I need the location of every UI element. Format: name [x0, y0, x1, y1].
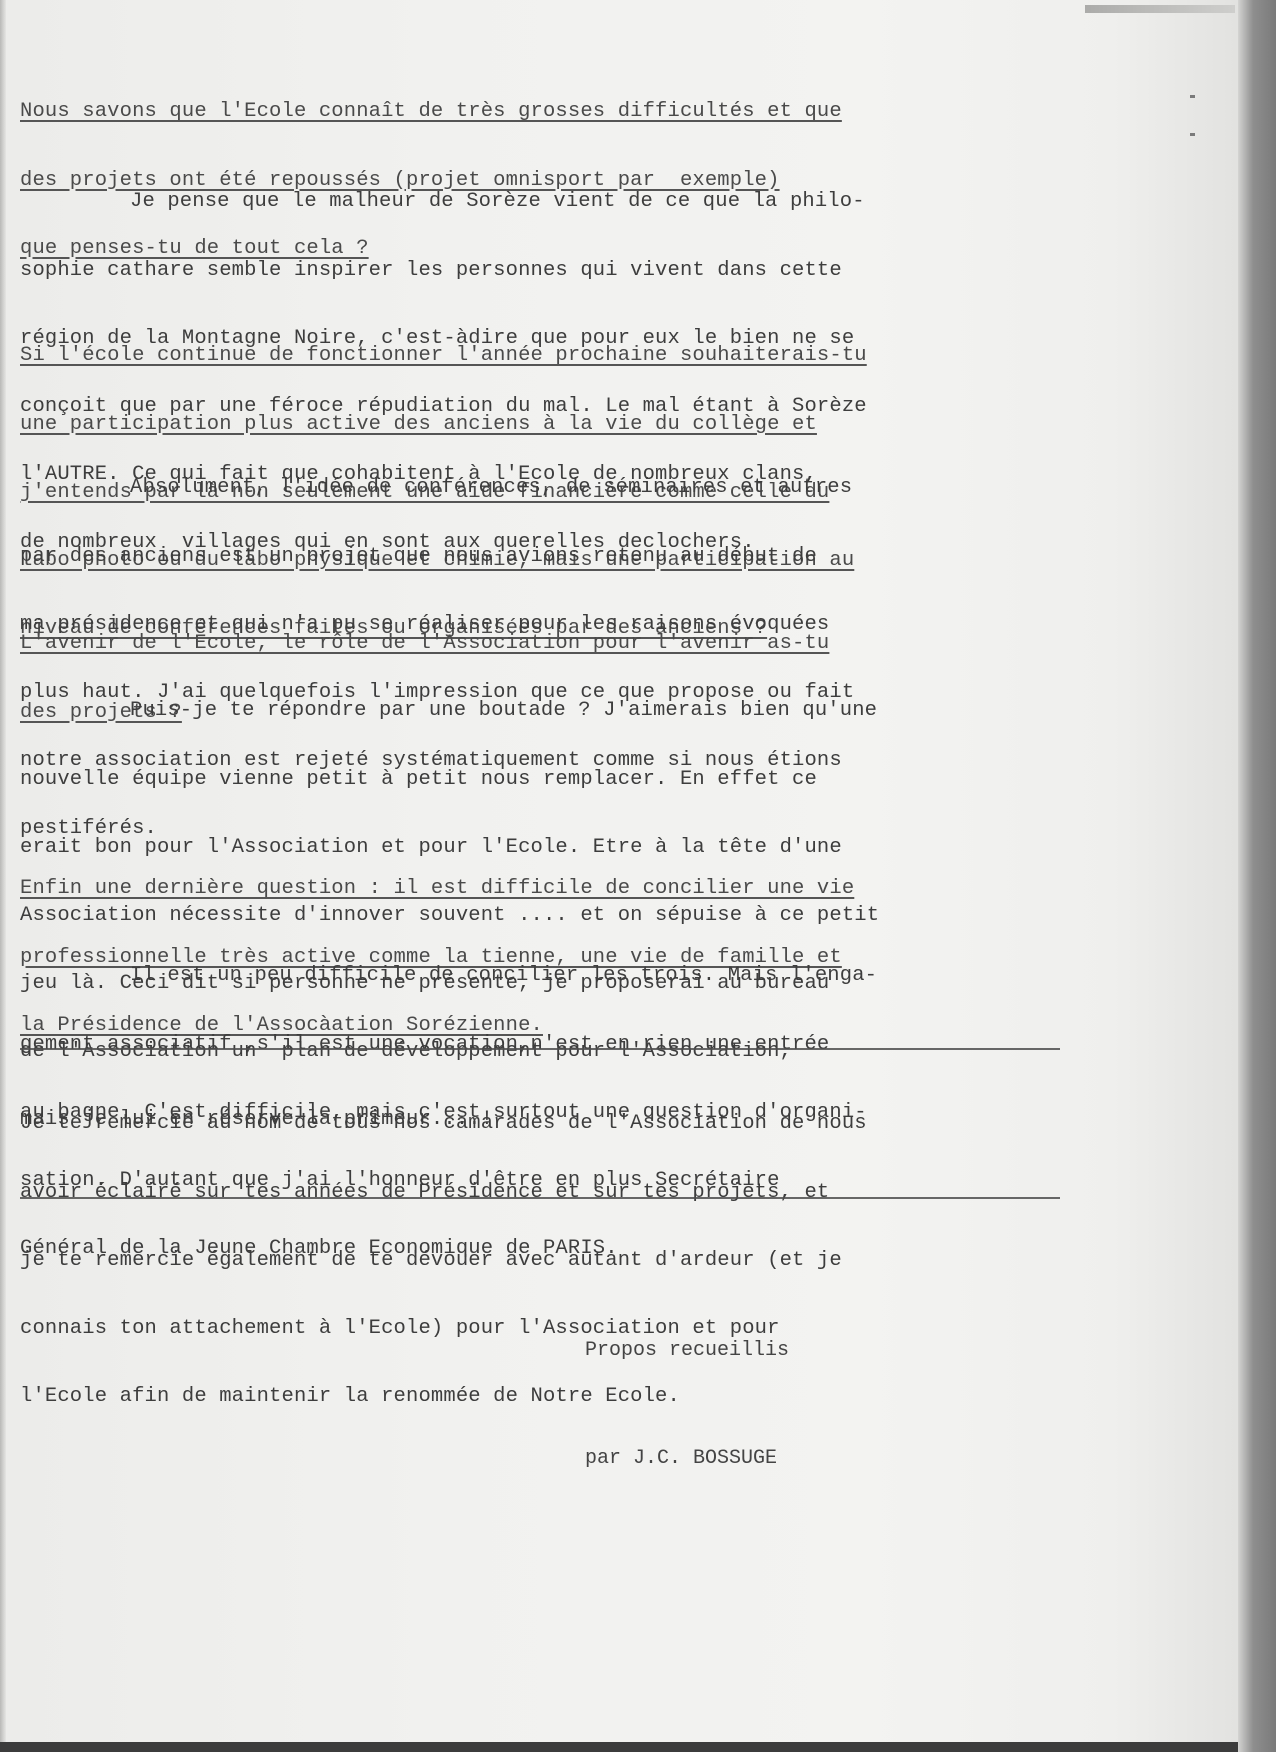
horizontal-rule — [20, 1197, 1060, 1199]
closing-line: l'Ecole afin de maintenir la renommée de… — [20, 1386, 1100, 1409]
question-line: Enfin une dernière question : il est dif… — [20, 878, 1100, 901]
answer-line: sophie cathare semble inspirer les perso… — [20, 260, 1100, 283]
signature: Propos recueillis par J.C. BOSSUGE — [585, 1261, 789, 1513]
horizontal-rule — [20, 1048, 1060, 1050]
answer-line: Il est un peu difficile de concilier les… — [20, 965, 1100, 988]
signature-line-2: par J.C. BOSSUGE — [585, 1441, 789, 1477]
closing-line: connais ton attachement à l'Ecole) pour … — [20, 1318, 1100, 1341]
scan-speck — [1190, 95, 1195, 98]
closing-paragraph: Je te remercie au nom de tous nos camara… — [20, 1068, 1100, 1431]
answer-line: nouvelle équipe vienne petit à petit nou… — [20, 769, 1100, 792]
scan-speck — [1190, 133, 1195, 136]
question-line: L'avenir de l'Ecole, le rôle de l'Associ… — [20, 633, 1100, 656]
signature-line-1: Propos recueillis — [585, 1333, 789, 1369]
scanner-right-margin — [1238, 0, 1276, 1752]
answer-line: Absolument, l'idée de conférences, de sé… — [20, 477, 1100, 500]
answer-line: Je pense que le malheur de Sorèze vient … — [20, 191, 1100, 214]
question-line: Nous savons que l'Ecole connaît de très … — [20, 101, 1100, 124]
closing-line: avoir éclairé sur tes années de Présiden… — [20, 1182, 1100, 1205]
answer-line: par des anciens est un projet que nous a… — [20, 546, 1100, 569]
closing-line: Je te remercie au nom de tous nos camara… — [20, 1113, 1100, 1136]
page-left-edge — [0, 0, 6, 1742]
page-top-shadow — [1085, 5, 1235, 13]
closing-line: je te remercie également de te dévouer a… — [20, 1250, 1100, 1273]
answer-line: Puis-je te répondre par une boutade ? J'… — [20, 700, 1100, 723]
scanner-bottom-margin — [0, 1742, 1238, 1752]
question-line: Si l'école continue de fonctionner l'ann… — [20, 345, 1100, 368]
answer-line: gement associatif ,s'il est une vocation… — [20, 1034, 1100, 1057]
